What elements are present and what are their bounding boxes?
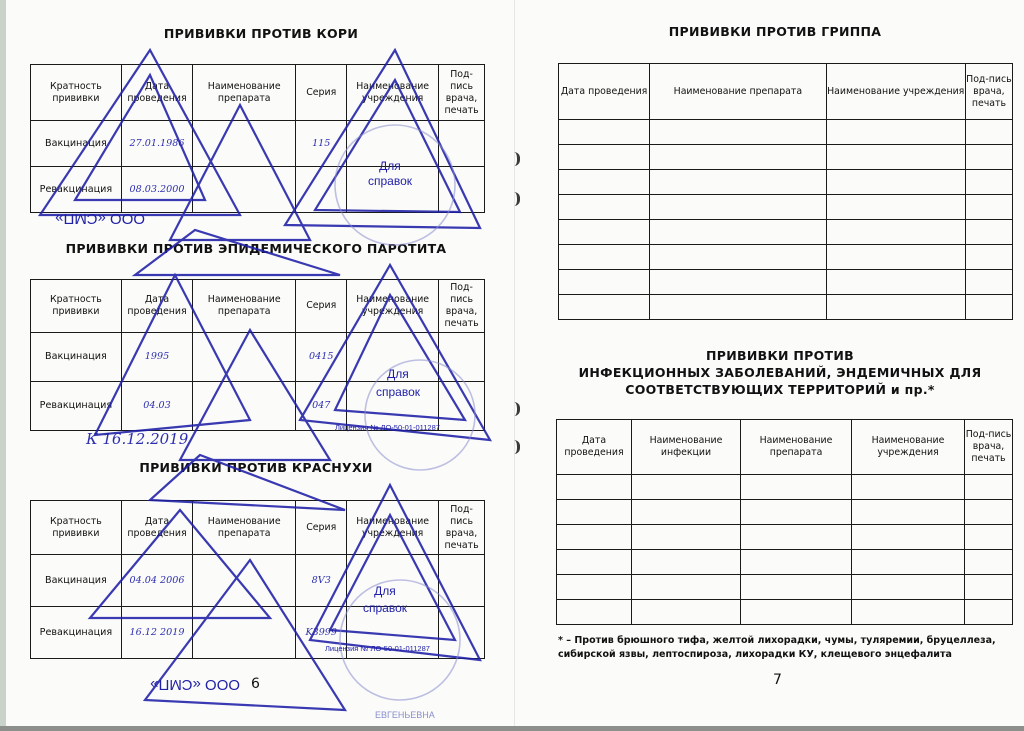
series-cell: 115 [296, 121, 347, 167]
series-cell: 8V3 [296, 555, 347, 607]
institution-cell [347, 333, 439, 382]
date-cell: 16.12 2019 [121, 607, 192, 659]
empty-cell [852, 600, 965, 625]
header-drug: Наименование препарата [193, 65, 296, 121]
series-cell: K3999 [296, 607, 347, 659]
empty-cell [965, 500, 1013, 525]
mumps-table: Кратность прививки Дата проведения Наиме… [30, 279, 485, 431]
header-signature: Под-пись врача, печать [965, 420, 1013, 475]
empty-cell [965, 145, 1012, 170]
table-row: Вакцинация 27.01.1986 115 [31, 121, 485, 167]
empty-cell [650, 245, 826, 270]
empty-cell [965, 550, 1013, 575]
empty-cell [965, 270, 1012, 295]
header-institution: Наименование учреждения [347, 280, 439, 333]
header-series: Серия [296, 65, 347, 121]
empty-cell [650, 295, 826, 320]
empty-cell [826, 145, 965, 170]
header-date: Дата проведения [121, 280, 192, 333]
booklet-edge [0, 726, 1024, 731]
empty-cell [559, 145, 650, 170]
empty-cell [852, 525, 965, 550]
header-series: Серия [296, 501, 347, 555]
header-signature: Под-пись врача, печать [439, 501, 485, 555]
header-drug: Наименование препарата [741, 420, 852, 475]
mumps-title: ПРИВИВКИ ПРОТИВ ЭПИДЕМИЧЕСКОГО ПАРОТИТА [36, 240, 476, 257]
table-row [559, 195, 1013, 220]
row-label: Ревакцинация [31, 607, 122, 659]
empty-cell [741, 475, 852, 500]
table-row [559, 220, 1013, 245]
date-cell: 08.03.2000 [121, 167, 192, 213]
empty-cell [632, 525, 741, 550]
institution-cell [347, 382, 439, 431]
series-cell: 047 [296, 382, 347, 431]
table-row [557, 525, 1013, 550]
table-row [559, 245, 1013, 270]
empty-cell [559, 220, 650, 245]
table-row [557, 600, 1013, 625]
empty-cell [826, 245, 965, 270]
footnote-line1: * – Против брюшного тифа, желтой лихорад… [558, 634, 996, 648]
empty-cell [559, 245, 650, 270]
table-row [557, 475, 1013, 500]
page-number-right: 7 [773, 672, 782, 688]
drug-cell [193, 382, 296, 431]
empty-cell [965, 475, 1013, 500]
header-date: Дата проведения [557, 420, 632, 475]
drug-cell [193, 555, 296, 607]
date-cell: 04.04 2006 [121, 555, 192, 607]
signature-cell [439, 333, 485, 382]
other-title-line3: СООТВЕТСТВУЮЩИХ ТЕРРИТОРИЙ и пр.* [625, 382, 934, 397]
other-infections-table: Дата проведения Наименование инфекции На… [556, 419, 1013, 625]
empty-cell [559, 120, 650, 145]
empty-cell [632, 500, 741, 525]
header-signature: Под-пись врача, печать [439, 280, 485, 333]
header-multiplicity: Кратность прививки [31, 501, 122, 555]
table-row: Ревакцинация 16.12 2019 K3999 [31, 607, 485, 659]
drug-cell [193, 167, 296, 213]
header-drug: Наименование препарата [193, 280, 296, 333]
empty-cell [559, 195, 650, 220]
row-label: Вакцинация [31, 333, 122, 382]
series-cell: 0415 [296, 333, 347, 382]
header-institution: Наименование учреждения [347, 501, 439, 555]
institution-cell [347, 607, 439, 659]
row-label: Ревакцинация [31, 167, 122, 213]
header-date: Дата проведения [121, 501, 192, 555]
empty-cell [965, 120, 1012, 145]
empty-cell [559, 170, 650, 195]
signature-cell [439, 555, 485, 607]
header-institution: Наименование учреждения [826, 64, 965, 120]
signature-cell [439, 382, 485, 431]
empty-cell [557, 475, 632, 500]
header-multiplicity: Кратность прививки [31, 280, 122, 333]
header-date: Дата проведения [121, 65, 192, 121]
signature-cell [439, 167, 485, 213]
table-row: Ревакцинация 08.03.2000 [31, 167, 485, 213]
empty-cell [557, 550, 632, 575]
empty-cell [559, 295, 650, 320]
institution-cell [347, 121, 439, 167]
series-cell [296, 167, 347, 213]
empty-cell [741, 500, 852, 525]
signature-cell [439, 121, 485, 167]
table-row [559, 120, 1013, 145]
other-title: ПРИВИВКИ ПРОТИВ ИНФЕКЦИОННЫХ ЗАБОЛЕВАНИЙ… [545, 347, 1015, 398]
empty-cell [741, 550, 852, 575]
date-cell: 1995 [121, 333, 192, 382]
flu-title: ПРИВИВКИ ПРОТИВ ГРИППА [645, 23, 905, 40]
drug-cell [193, 121, 296, 167]
empty-cell [826, 170, 965, 195]
empty-cell [826, 270, 965, 295]
empty-cell [632, 600, 741, 625]
date-cell: 04.03 [121, 382, 192, 431]
empty-cell [852, 550, 965, 575]
header-multiplicity: Кратность прививки [31, 65, 122, 121]
empty-cell [557, 600, 632, 625]
footnote-line2: сибирской язвы, лептоспироза, лихорадки … [558, 648, 996, 662]
row-label: Вакцинация [31, 555, 122, 607]
booklet-spread: ПРИВИВКИ ПРОТИВ КОРИ Кратность прививки … [0, 0, 1024, 726]
empty-cell [852, 475, 965, 500]
table-row: Ревакцинация 04.03 047 [31, 382, 485, 431]
table-row [559, 295, 1013, 320]
table-row [559, 145, 1013, 170]
table-row [557, 550, 1013, 575]
empty-cell [557, 525, 632, 550]
rubella-table: Кратность прививки Дата проведения Наиме… [30, 500, 485, 659]
empty-cell [965, 195, 1012, 220]
table-row [559, 170, 1013, 195]
handwritten-note: К 16.12.2019 [86, 430, 188, 448]
empty-cell [741, 600, 852, 625]
left-page: ПРИВИВКИ ПРОТИВ КОРИ Кратность прививки … [0, 0, 515, 726]
drug-cell [193, 607, 296, 659]
empty-cell [826, 220, 965, 245]
date-cell: 27.01.1986 [121, 121, 192, 167]
empty-cell [557, 500, 632, 525]
empty-cell [852, 575, 965, 600]
other-title-line2: ИНФЕКЦИОННЫХ ЗАБОЛЕВАНИЙ, ЭНДЕМИЧНЫХ ДЛЯ [579, 365, 982, 380]
empty-cell [559, 270, 650, 295]
signature-cell [439, 607, 485, 659]
table-row [559, 270, 1013, 295]
empty-cell [741, 525, 852, 550]
empty-cell [826, 195, 965, 220]
empty-cell [557, 575, 632, 600]
header-institution: Наименование учреждения [852, 420, 965, 475]
header-date: Дата проведения [559, 64, 650, 120]
row-label: Ревакцинация [31, 382, 122, 431]
empty-cell [965, 525, 1013, 550]
header-infection: Наименование инфекции [632, 420, 741, 475]
measles-title: ПРИВИВКИ ПРОТИВ КОРИ [106, 25, 416, 42]
empty-cell [650, 195, 826, 220]
footnote: * – Против брюшного тифа, желтой лихорад… [558, 634, 996, 662]
right-page: ПРИВИВКИ ПРОТИВ ГРИППА Дата проведения Н… [515, 0, 1024, 726]
empty-cell [965, 575, 1013, 600]
empty-cell [965, 295, 1012, 320]
empty-cell [741, 575, 852, 600]
empty-cell [650, 270, 826, 295]
header-drug: Наименование препарата [193, 501, 296, 555]
other-title-line1: ПРИВИВКИ ПРОТИВ [706, 348, 854, 363]
table-row: Вакцинация 1995 0415 [31, 333, 485, 382]
empty-cell [852, 500, 965, 525]
rubella-title: ПРИВИВКИ ПРОТИВ КРАСНУХИ [106, 459, 406, 476]
empty-cell [965, 170, 1012, 195]
drug-cell [193, 333, 296, 382]
header-signature: Под-пись врача, печать [439, 65, 485, 121]
empty-cell [965, 245, 1012, 270]
empty-cell [650, 120, 826, 145]
empty-cell [632, 575, 741, 600]
institution-cell [347, 167, 439, 213]
row-label: Вакцинация [31, 121, 122, 167]
page-number-left: 6 [251, 676, 260, 692]
empty-cell [650, 220, 826, 245]
institution-cell [347, 555, 439, 607]
header-drug: Наименование препарата [650, 64, 826, 120]
empty-cell [826, 120, 965, 145]
empty-cell [965, 220, 1012, 245]
header-institution: Наименование учреждения [347, 65, 439, 121]
table-row [557, 500, 1013, 525]
empty-cell [650, 145, 826, 170]
empty-cell [632, 550, 741, 575]
header-signature: Под-пись врача, печать [965, 64, 1012, 120]
measles-table: Кратность прививки Дата проведения Наиме… [30, 64, 485, 213]
header-series: Серия [296, 280, 347, 333]
empty-cell [650, 170, 826, 195]
empty-cell [632, 475, 741, 500]
empty-cell [965, 600, 1013, 625]
empty-cell [826, 295, 965, 320]
table-row [557, 575, 1013, 600]
table-row: Вакцинация 04.04 2006 8V3 [31, 555, 485, 607]
flu-table: Дата проведения Наименование препарата Н… [558, 63, 1013, 320]
